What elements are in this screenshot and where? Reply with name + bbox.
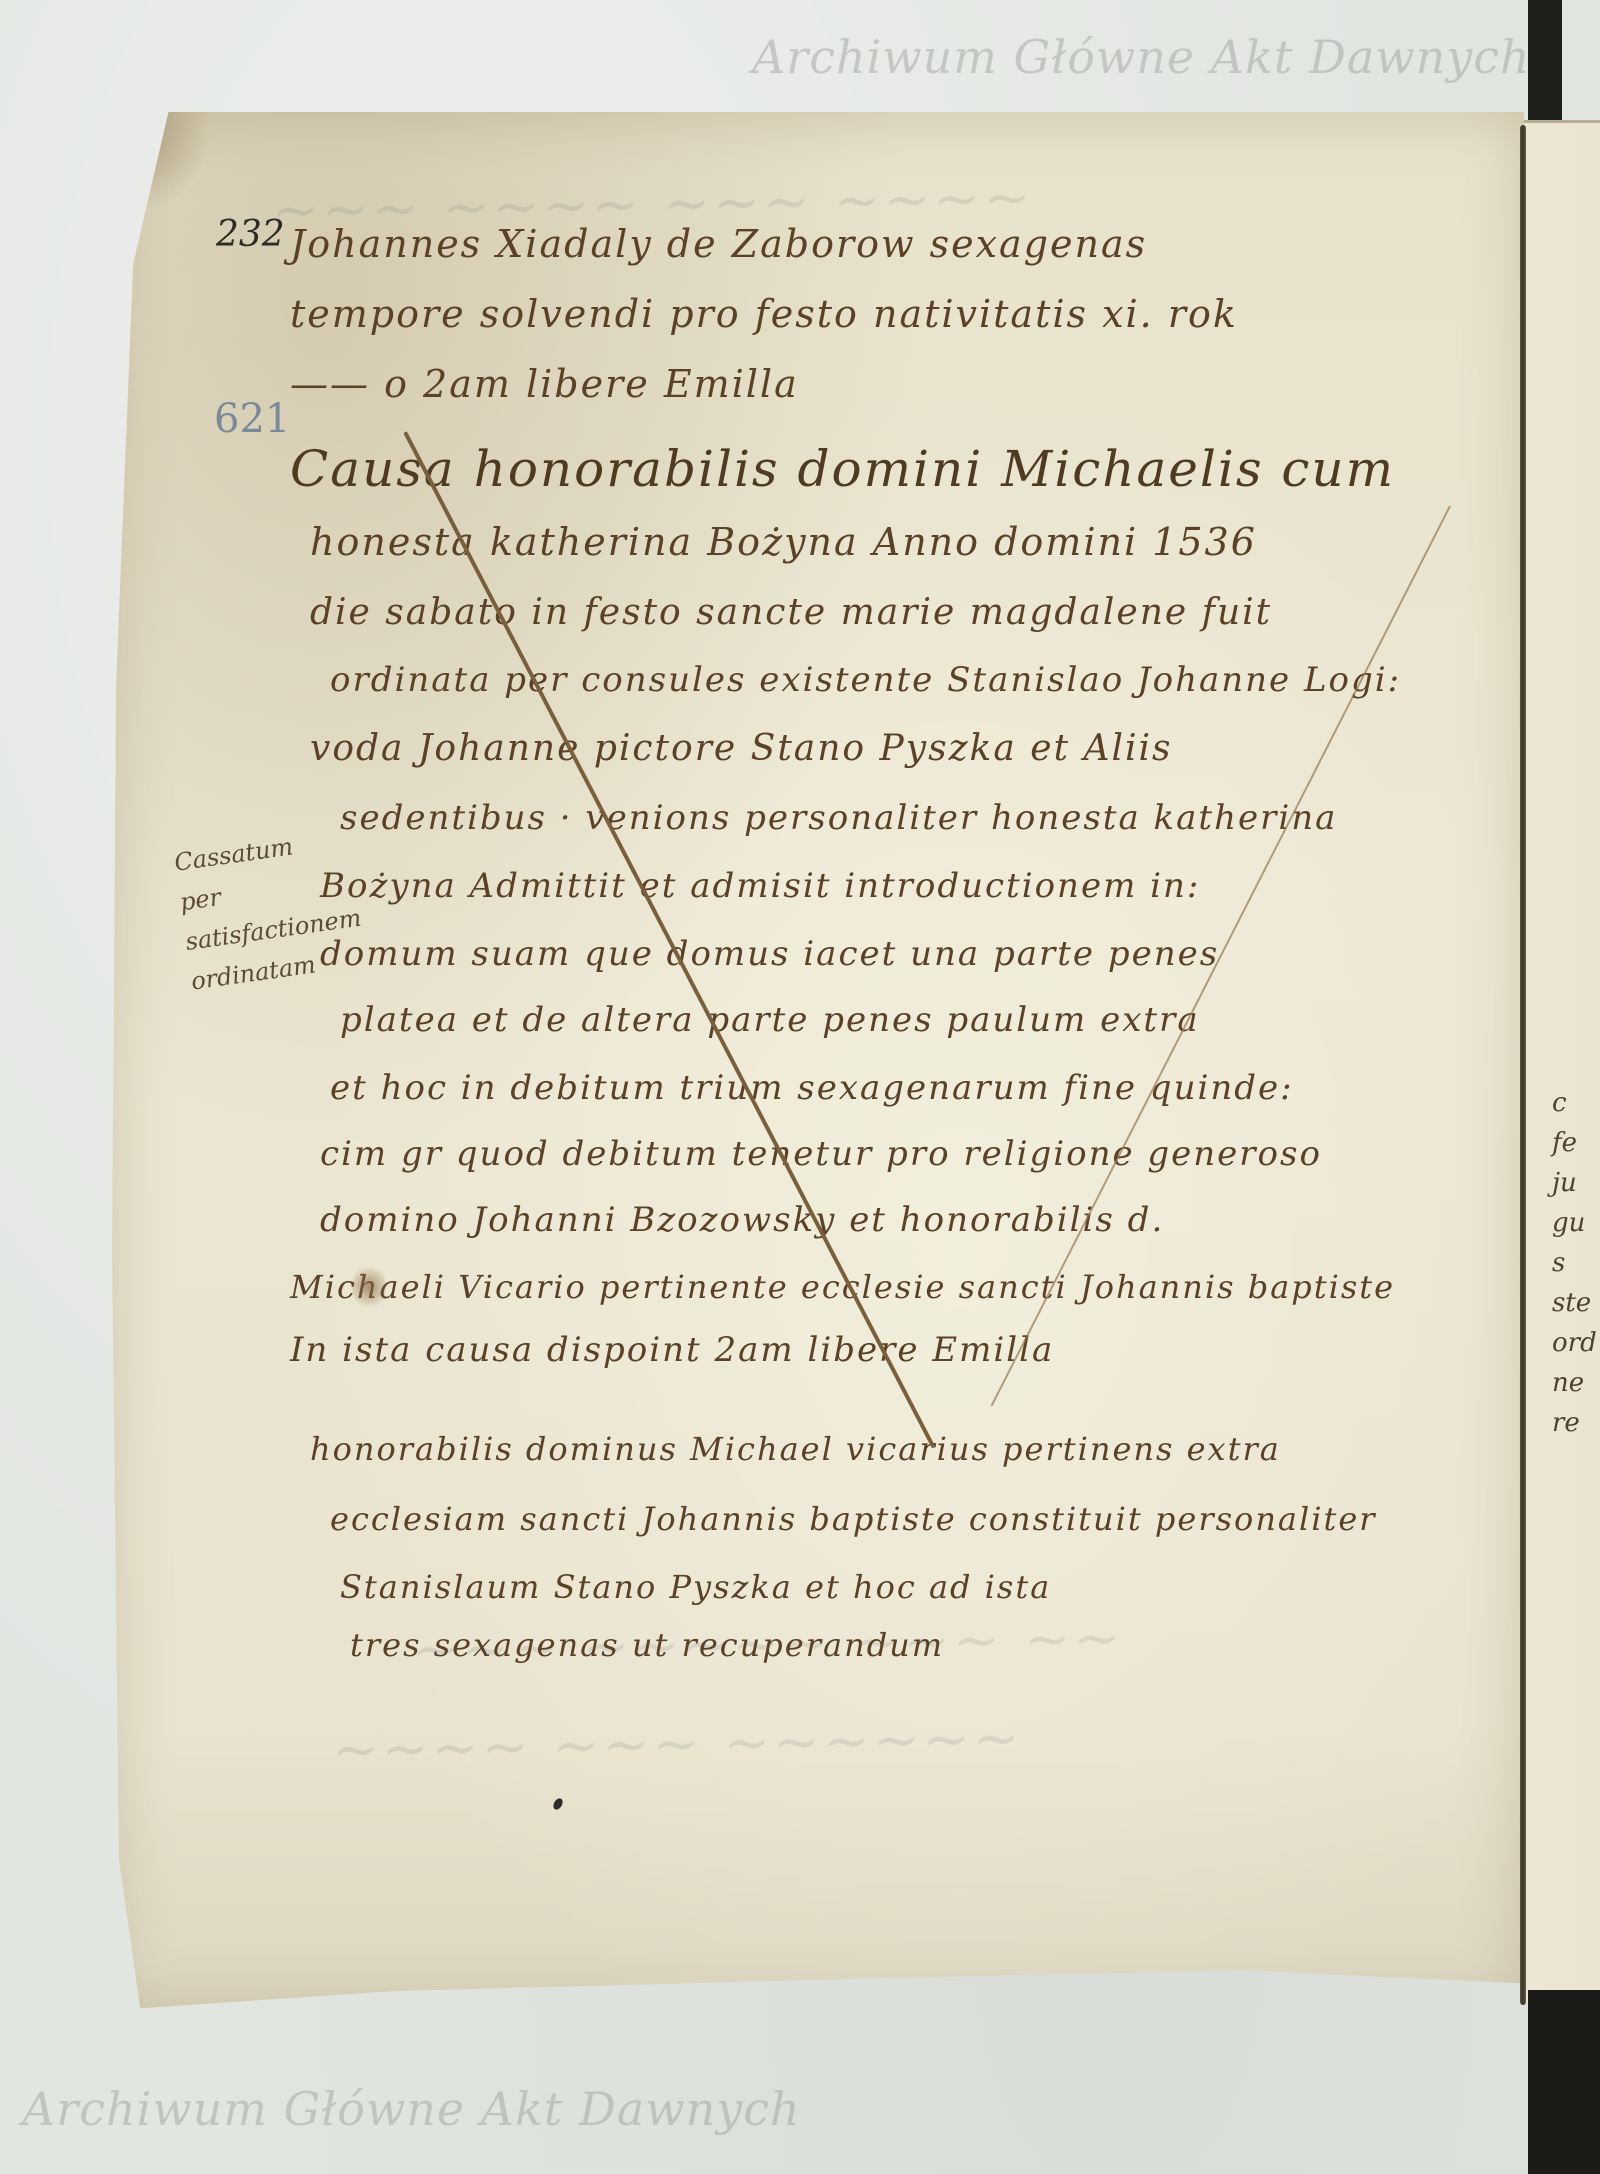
manuscript-line: Bożyna Admittit et admisit introductione… (320, 866, 1200, 906)
case-heading: Causa honorabilis domini Michaelis cum (290, 440, 1395, 498)
manuscript-line: tres sexagenas ut recuperandum (350, 1626, 944, 1664)
manuscript-line: domino Johanni Bzozowsky et honorabilis … (320, 1200, 1164, 1240)
manuscript-line: platea et de altera parte penes paulum e… (340, 1000, 1200, 1040)
manuscript-line: Stanislaum Stano Pyszka et hoc ad ista (340, 1568, 1051, 1606)
manuscript-line: sedentibus · venions personaliter honest… (340, 798, 1337, 838)
manuscript-line: et hoc in debitum trium sexagenarum fine… (330, 1068, 1294, 1108)
manuscript-line: —— o 2am libere Emilla (290, 362, 799, 406)
archive-watermark-top: Archiwum Główne Akt Dawnych (752, 30, 1531, 84)
manuscript-line: tempore solvendi pro festo nativitatis x… (290, 292, 1238, 336)
manuscript-line: Johannes Xiadaly de Zaborow sexagenas (290, 222, 1147, 266)
entry-number: 232 (216, 214, 285, 255)
facing-page-leaf: c fe ju gu s ste ord ne re (1522, 120, 1600, 2003)
scan-dark-edge-bottom (1528, 1990, 1600, 2174)
binding-gutter (1520, 125, 1526, 2005)
manuscript-line: voda Johanne pictore Stano Pyszka et Ali… (310, 728, 1173, 769)
manuscript-line: honorabilis dominus Michael vicarius per… (310, 1430, 1281, 1468)
scan-dark-edge-top (1528, 0, 1562, 128)
paper-stain (352, 1262, 386, 1312)
manuscript-line: ordinata per consules existente Stanisla… (330, 660, 1401, 700)
facing-page-text: c fe ju gu s ste ord ne re (1552, 1083, 1597, 1443)
manuscript-line: ecclesiam sancti Johannis baptiste const… (330, 1500, 1377, 1538)
manuscript-line: domum suam que domus iacet una parte pen… (320, 934, 1219, 974)
margin-annotation: Cassatum per satisfactionem ordinatam (172, 818, 370, 1001)
manuscript-line: cim gr quod debitum tenetur pro religion… (320, 1134, 1322, 1174)
bleed-through-text: ~~~~ ~~~ ~~~~~~ (331, 1706, 1023, 1783)
manuscript-line: In ista causa dispoint 2am libere Emilla (290, 1330, 1054, 1370)
pencil-folio-number: 621 (214, 396, 290, 442)
manuscript-line: die sabato in festo sancte marie magdale… (310, 592, 1272, 633)
archive-watermark-bottom: Archiwum Główne Akt Dawnych (22, 2082, 801, 2136)
